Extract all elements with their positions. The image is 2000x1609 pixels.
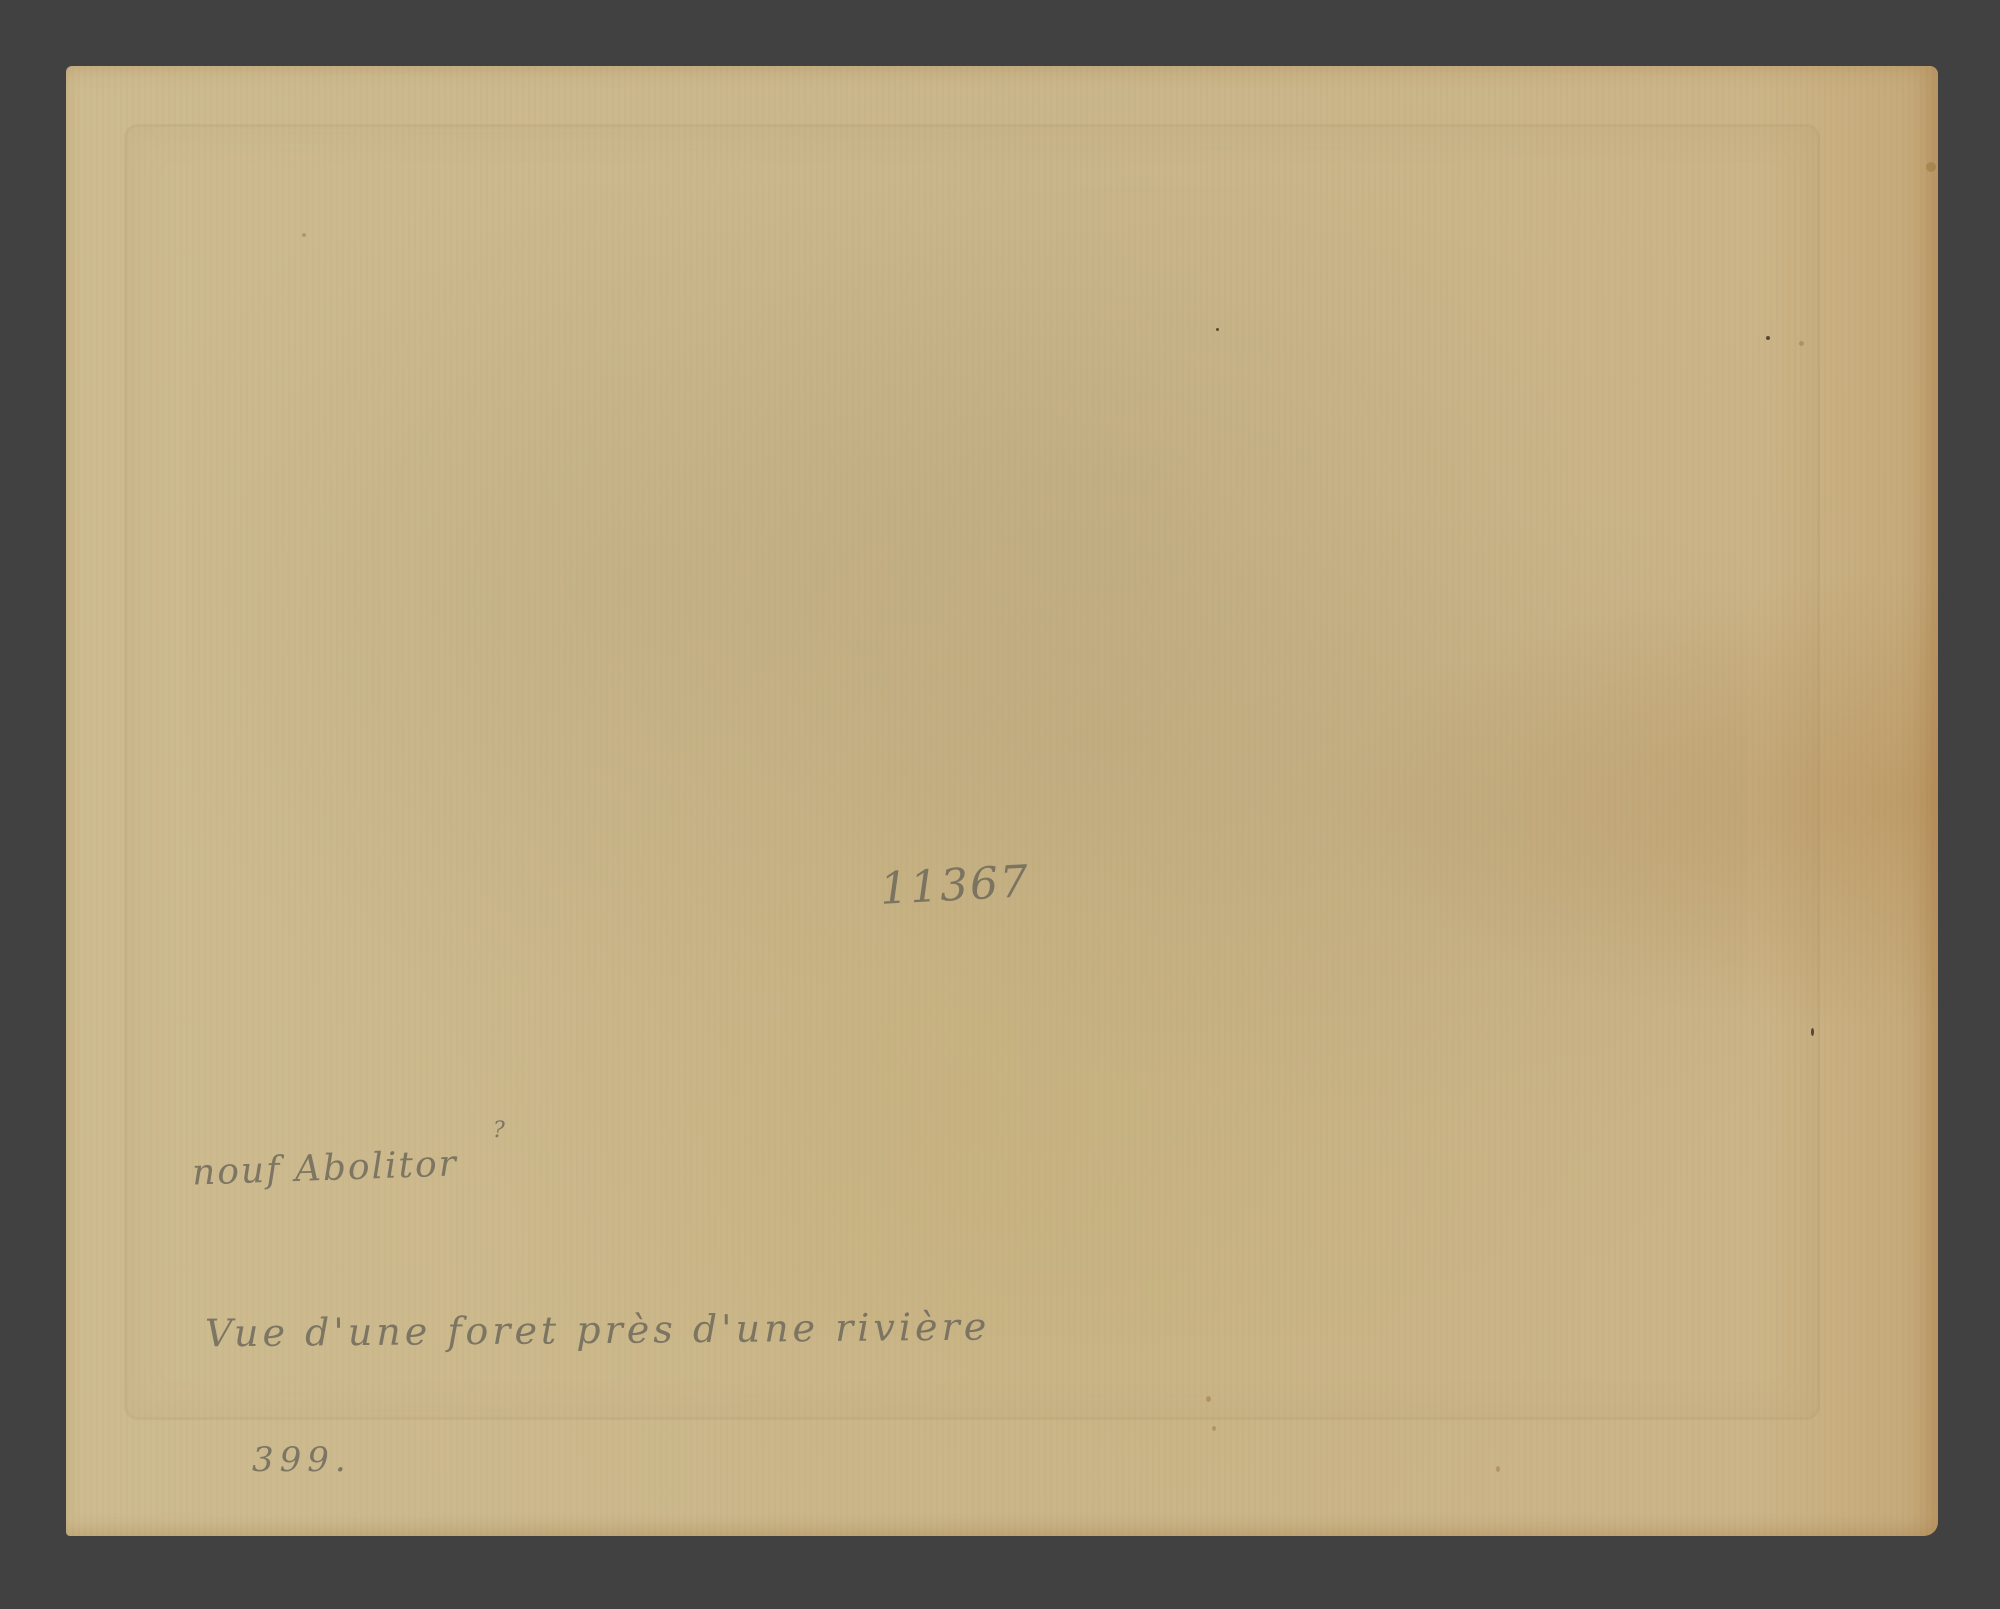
foxing-spot [1212, 1426, 1216, 1431]
foxing-spot [1766, 336, 1770, 340]
foxing-spot [1206, 1396, 1211, 1402]
foxing-spot [1811, 1028, 1814, 1036]
foxing-spot [1496, 1466, 1500, 1472]
lot-number: 399. [252, 1440, 352, 1480]
foxing-spot [302, 233, 306, 237]
foxing-spot [1799, 341, 1804, 346]
foxing-spot [1926, 162, 1936, 172]
attribution-query-mark: ? [493, 1118, 507, 1143]
foxing-spot [1216, 328, 1219, 331]
title-inscription: Vue d'une foret près d'une rivière [205, 1305, 991, 1356]
inventory-number: 11367 [879, 856, 1031, 915]
